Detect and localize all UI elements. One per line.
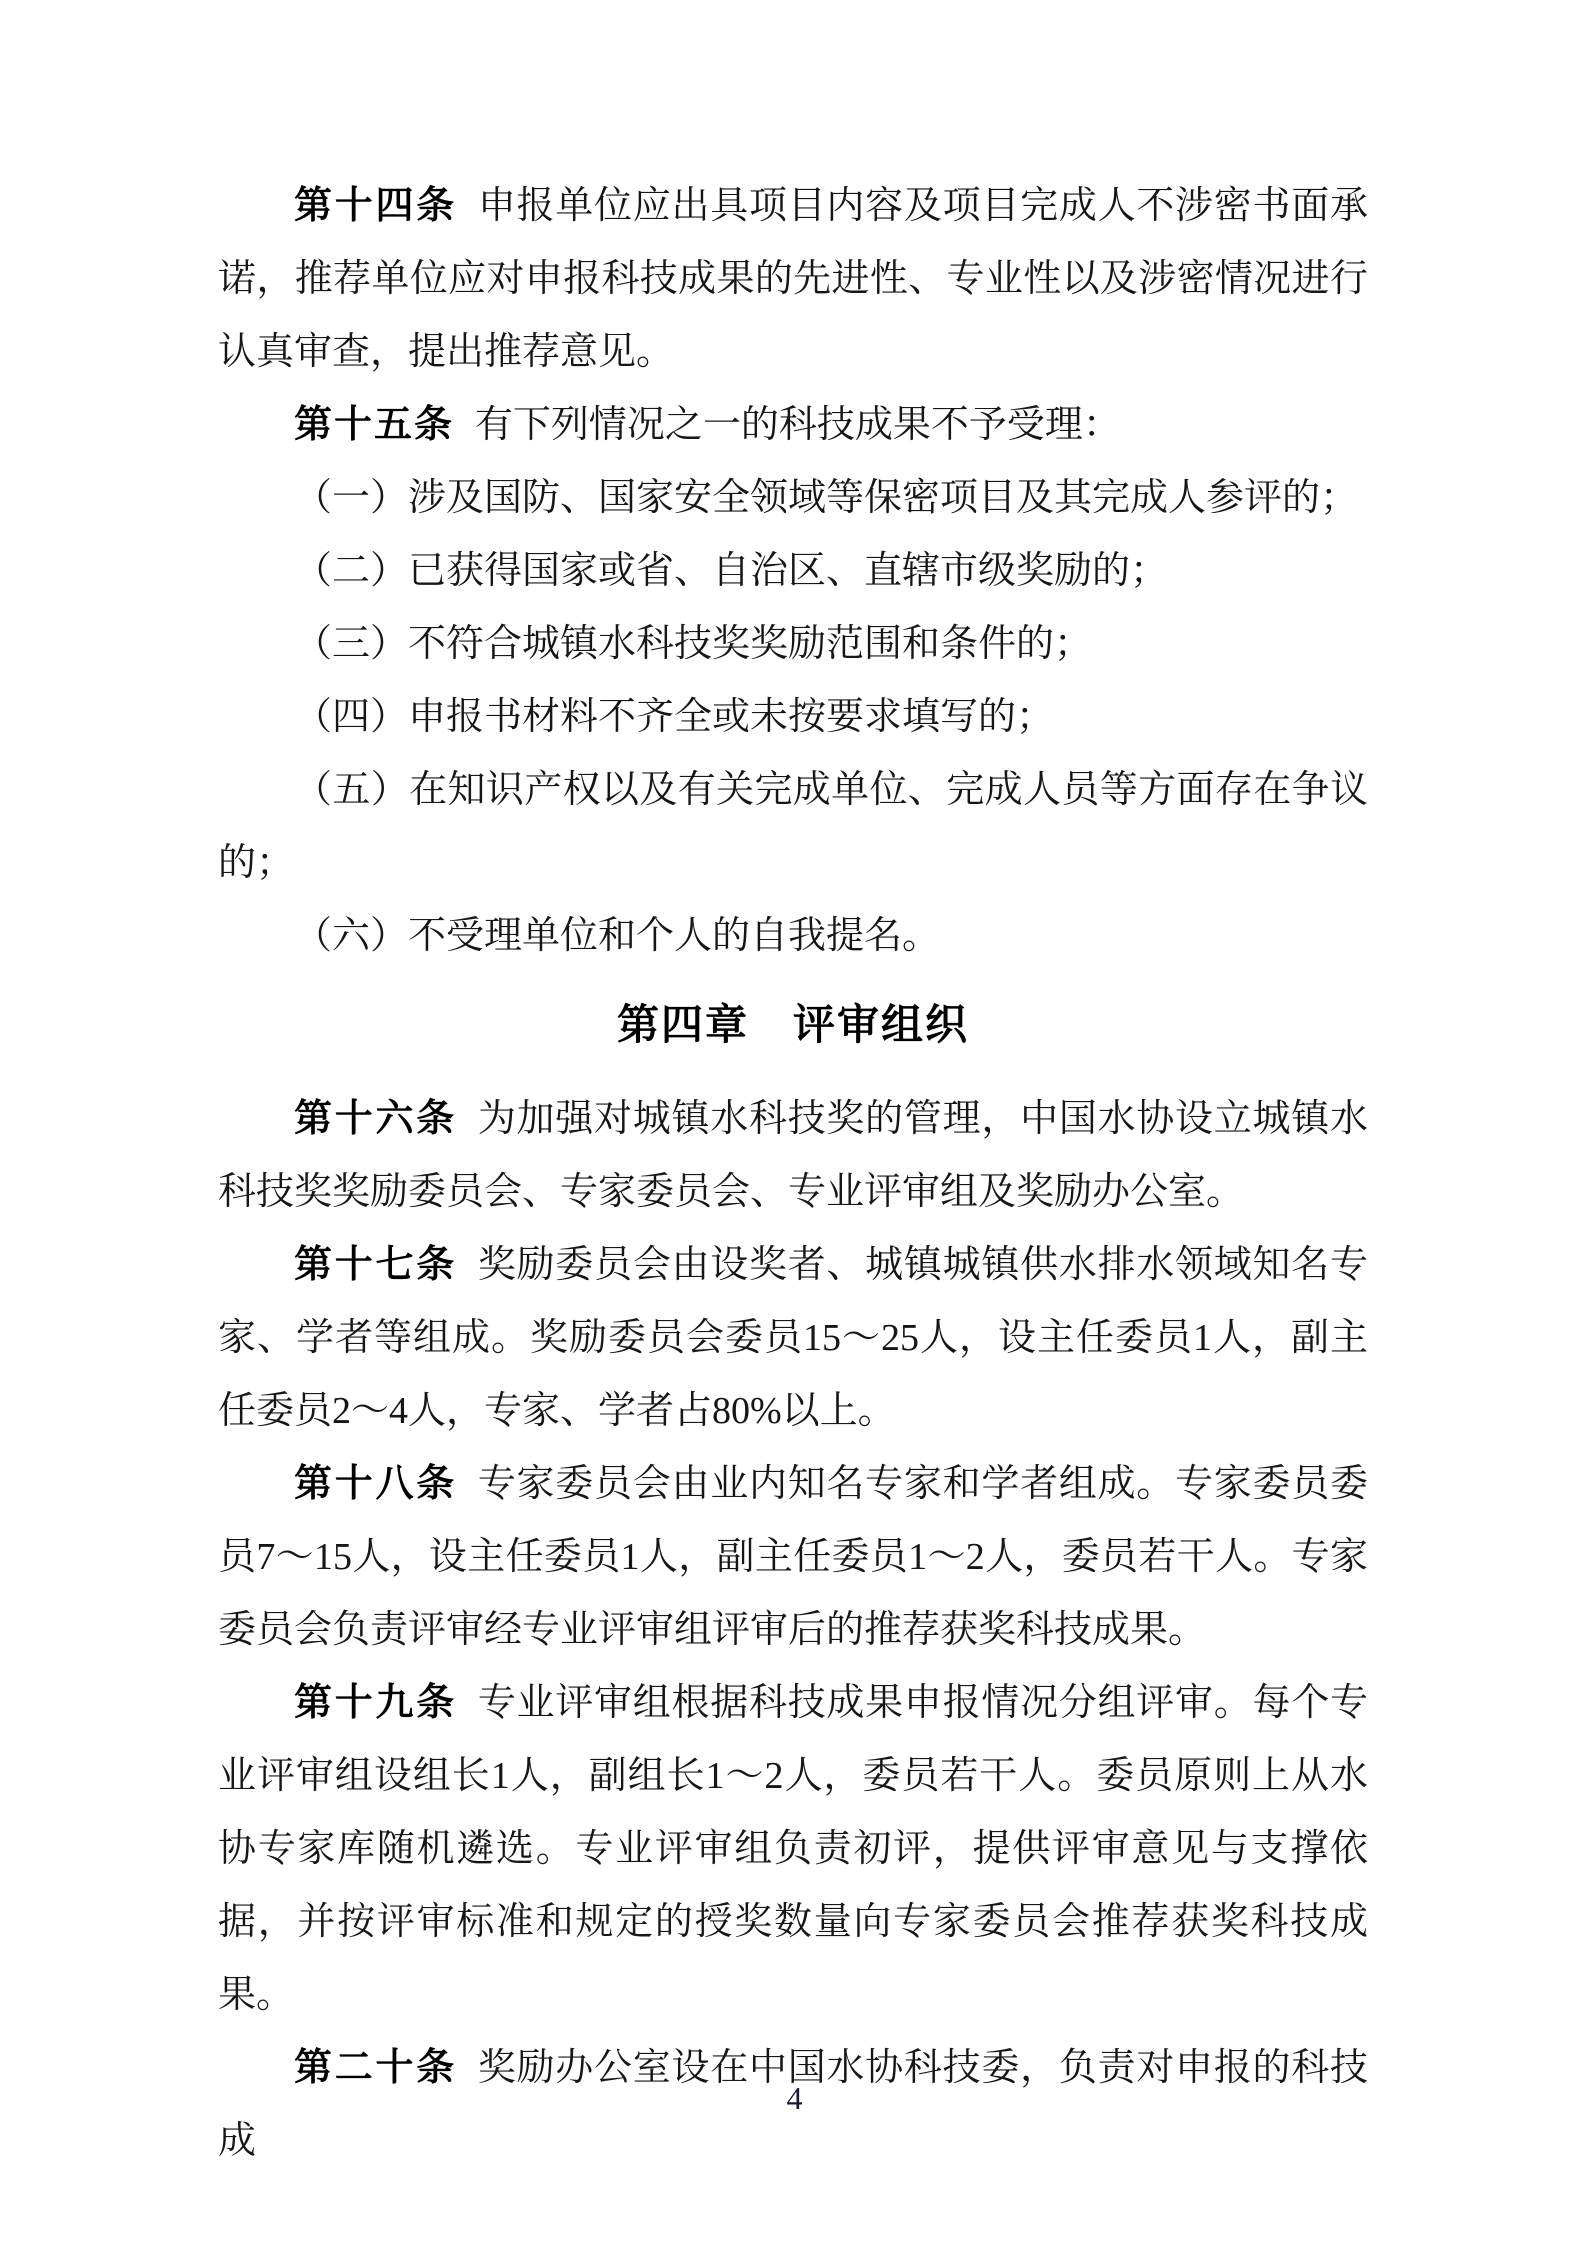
article-paragraph-16: 第十六条为加强对城镇水科技奖的管理，中国水协设立城镇水科技奖奖励委员会、专家委员… xyxy=(218,1083,1368,1229)
article-text: 专业评审组根据科技成果申报情况分组评审。每个专业评审组设组长1人，副组长1～2人… xyxy=(218,1682,1368,2016)
list-item-6: （六）不受理单位和个人的自我提名。 xyxy=(218,900,1368,973)
chapter-heading: 第四章 评审组织 xyxy=(218,995,1368,1055)
list-item-4: （四）申报书材料不齐全或未按要求填写的； xyxy=(218,681,1368,754)
article-paragraph-19: 第十九条专业评审组根据科技成果申报情况分组评审。每个专业评审组设组长1人，副组长… xyxy=(218,1667,1368,2032)
article-number-label: 第十九条 xyxy=(294,1682,457,1724)
article-paragraph-17: 第十七条奖励委员会由设奖者、城镇城镇供水排水领域知名专家、学者等组成。奖励委员会… xyxy=(218,1229,1368,1448)
article-number-label: 第十五条 xyxy=(294,404,454,446)
article-number-label: 第十四条 xyxy=(294,185,457,227)
article-paragraph-15: 第十五条有下列情况之一的科技成果不予受理： xyxy=(218,389,1368,462)
article-number-label: 第十六条 xyxy=(294,1098,457,1140)
list-item-1: （一）涉及国防、国家安全领域等保密项目及其完成人参评的； xyxy=(218,462,1368,535)
article-text: 有下列情况之一的科技成果不予受理： xyxy=(475,404,1121,446)
list-item-3: （三）不符合城镇水科技奖奖励范围和条件的； xyxy=(218,608,1368,681)
article-number-label: 第十八条 xyxy=(294,1463,457,1505)
page-number: 4 xyxy=(0,2078,1589,2118)
article-paragraph-14: 第十四条申报单位应出具项目内容及项目完成人不涉密书面承诺，推荐单位应对申报科技成… xyxy=(218,170,1368,389)
article-number-label: 第十七条 xyxy=(294,1244,457,1286)
list-item-2: （二）已获得国家或省、自治区、直辖市级奖励的； xyxy=(218,535,1368,608)
document-body: 第十四条申报单位应出具项目内容及项目完成人不涉密书面承诺，推荐单位应对申报科技成… xyxy=(218,170,1368,2178)
list-item-5: （五）在知识产权以及有关完成单位、完成人员等方面存在争议的； xyxy=(218,754,1368,900)
document-page: 第十四条申报单位应出具项目内容及项目完成人不涉密书面承诺，推荐单位应对申报科技成… xyxy=(0,0,1589,2245)
article-paragraph-18: 第十八条专家委员会由业内知名专家和学者组成。专家委员委员7～15人，设主任委员1… xyxy=(218,1448,1368,1667)
